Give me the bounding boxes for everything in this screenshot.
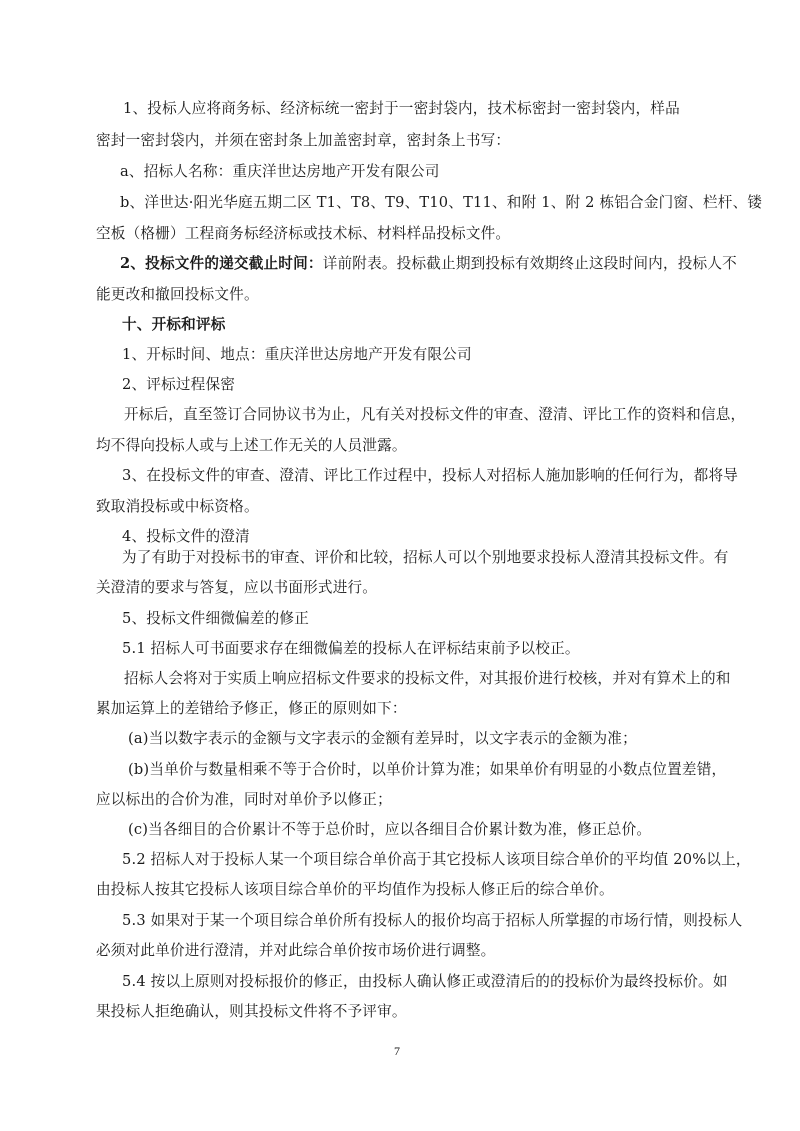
paragraph-line: 空板（格栅）工程商务标经济标或技术标、材料样品投标文件。	[96, 224, 510, 244]
paragraph-line: 4、投标文件的澄清	[122, 527, 250, 547]
line-text: (c)当各细目的合价累计不等于总价时，应以各细目合价累计数为准，修正总价。	[128, 821, 651, 838]
paragraph-line: 5、投标文件细微偏差的修正	[122, 609, 309, 629]
line-text: b、洋世达·阳光华庭五期二区 T1、T8、T9、T10、T11、和附 1、附 2…	[120, 194, 762, 211]
paragraph-line: 应以标出的合价为准，同时对单价予以修正；	[96, 790, 392, 810]
paragraph-line: 累加运算上的差错给予修正，修正的原则如下：	[96, 699, 407, 719]
line-text: 详前附表。投标截止期到投标有效期终止这段时间内，投标人不	[323, 255, 737, 272]
line-text: 5.1 招标人可书面要求存在细微偏差的投标人在评标结束前予以校正。	[122, 640, 580, 657]
line-text: 均不得向投标人或与上述工作无关的人员泄露。	[96, 437, 407, 454]
paragraph-line: a、招标人名称：重庆洋世达房地产开发有限公司	[120, 162, 440, 182]
paragraph-line: 1、开标时间、地点：重庆洋世达房地产开发有限公司	[122, 345, 472, 365]
paragraph-line: 为了有助于对投标书的审查、评价和比较，招标人可以个别地要求投标人澄清其投标文件。…	[122, 548, 729, 568]
line-text: 应以标出的合价为准，同时对单价予以修正；	[96, 791, 392, 808]
paragraph-line: 3、在投标文件的审查、澄清、评比工作过程中，投标人对招标人施加影响的任何行为，都…	[122, 466, 738, 486]
line-text: 关澄清的要求与答复，应以书面形式进行。	[96, 579, 377, 596]
line-text: 由投标人按其它投标人该项目综合单价的平均值作为投标人修正后的综合单价。	[96, 881, 614, 898]
line-text: 为了有助于对投标书的审查、评价和比较，招标人可以个别地要求投标人澄清其投标文件。…	[122, 549, 729, 566]
section-heading: 十、开标和评标	[122, 315, 226, 335]
line-text: 果投标人拒绝确认，则其投标文件将不予评审。	[96, 1003, 407, 1020]
line-text: 4、投标文件的澄清	[122, 528, 250, 545]
paragraph-line: 1、投标人应将商务标、经济标统一密封于一密封袋内，技术标密封一密封袋内，样品	[123, 99, 680, 119]
line-text: 1、开标时间、地点：重庆洋世达房地产开发有限公司	[122, 346, 472, 363]
paragraph-line: 2、评标过程保密	[122, 375, 235, 395]
paragraph-line: 5.3 如果对于某一个项目综合单价所有投标人的报价均高于招标人所掌握的市场行情，…	[122, 911, 742, 931]
line-text: a、招标人名称：重庆洋世达房地产开发有限公司	[120, 163, 440, 180]
paragraph-line: 均不得向投标人或与上述工作无关的人员泄露。	[96, 436, 407, 456]
paragraph-line: 致取消投标或中标资格。	[96, 497, 259, 517]
paragraph-line: 果投标人拒绝确认，则其投标文件将不予评审。	[96, 1002, 407, 1022]
paragraph-line: 能更改和撤回投标文件。	[96, 285, 259, 305]
line-text: 2、评标过程保密	[122, 376, 235, 393]
paragraph-line: b、洋世达·阳光华庭五期二区 T1、T8、T9、T10、T11、和附 1、附 2…	[120, 193, 762, 213]
paragraph-line: (c)当各细目的合价累计不等于总价时，应以各细目合价累计数为准，修正总价。	[128, 820, 651, 840]
line-text: 5.3 如果对于某一个项目综合单价所有投标人的报价均高于招标人所掌握的市场行情，…	[122, 912, 742, 929]
line-text: 致取消投标或中标资格。	[96, 498, 259, 515]
paragraph-line: 2、投标文件的递交截止时间：详前附表。投标截止期到投标有效期终止这段时间内，投标…	[120, 254, 737, 274]
line-text: 5、投标文件细微偏差的修正	[122, 610, 309, 627]
line-text: 空板（格栅）工程商务标经济标或技术标、材料样品投标文件。	[96, 225, 510, 242]
paragraph-line: 5.1 招标人可书面要求存在细微偏差的投标人在评标结束前予以校正。	[122, 639, 580, 659]
line-text: 能更改和撤回投标文件。	[96, 286, 259, 303]
paragraph-line: (a)当以数字表示的金额与文字表示的金额有差异时，以文字表示的金额为准；	[128, 729, 637, 749]
line-text: 5.2 招标人对于投标人某一个项目综合单价高于其它投标人该项目综合单价的平均值 …	[122, 851, 751, 868]
line-text: 招标人会将对于实质上响应招标文件要求的投标文件，对其报价进行校核，并对有算术上的…	[124, 670, 731, 687]
paragraph-line: 由投标人按其它投标人该项目综合单价的平均值作为投标人修正后的综合单价。	[96, 880, 614, 900]
paragraph-line: 5.4 按以上原则对投标报价的修正，由投标人确认修正或澄清后的的投标价为最终投标…	[122, 972, 728, 992]
paragraph-line: 招标人会将对于实质上响应招标文件要求的投标文件，对其报价进行校核，并对有算术上的…	[124, 669, 731, 689]
line-text: 3、在投标文件的审查、澄清、评比工作过程中，投标人对招标人施加影响的任何行为，都…	[122, 467, 738, 484]
paragraph-line: (b)当单价与数量相乘不等于合价时，以单价计算为准；如果单价有明显的小数点位置差…	[128, 760, 726, 780]
paragraph-line: 关澄清的要求与答复，应以书面形式进行。	[96, 578, 377, 598]
line-text: 累加运算上的差错给予修正，修正的原则如下：	[96, 700, 407, 717]
line-text: (b)当单价与数量相乘不等于合价时，以单价计算为准；如果单价有明显的小数点位置差…	[128, 761, 726, 778]
line-text: 密封一密封袋内，并须在密封条上加盖密封章，密封条上书写：	[96, 132, 510, 149]
bold-label: 2、投标文件的递交截止时间：	[120, 255, 323, 272]
line-text: 1、投标人应将商务标、经济标统一密封于一密封袋内，技术标密封一密封袋内，样品	[123, 100, 680, 117]
line-text: 必须对此单价进行澄清，并对此综合单价按市场价进行调整。	[96, 942, 495, 959]
line-text: (a)当以数字表示的金额与文字表示的金额有差异时，以文字表示的金额为准；	[128, 730, 637, 747]
line-text: 开标后，直至签订合同协议书为止，凡有关对投标文件的审查、澄清、评比工作的资料和信…	[124, 406, 745, 423]
bold-label: 十、开标和评标	[122, 316, 226, 333]
paragraph-line: 必须对此单价进行澄清，并对此综合单价按市场价进行调整。	[96, 941, 495, 961]
document-page: 1、投标人应将商务标、经济标统一密封于一密封袋内，技术标密封一密封袋内，样品密封…	[0, 0, 800, 1131]
paragraph-line: 开标后，直至签订合同协议书为止，凡有关对投标文件的审查、澄清、评比工作的资料和信…	[124, 405, 745, 425]
paragraph-line: 密封一密封袋内，并须在密封条上加盖密封章，密封条上书写：	[96, 131, 510, 151]
page-number: 7	[394, 1044, 400, 1059]
paragraph-line: 5.2 招标人对于投标人某一个项目综合单价高于其它投标人该项目综合单价的平均值 …	[122, 850, 751, 870]
line-text: 5.4 按以上原则对投标报价的修正，由投标人确认修正或澄清后的的投标价为最终投标…	[122, 973, 728, 990]
